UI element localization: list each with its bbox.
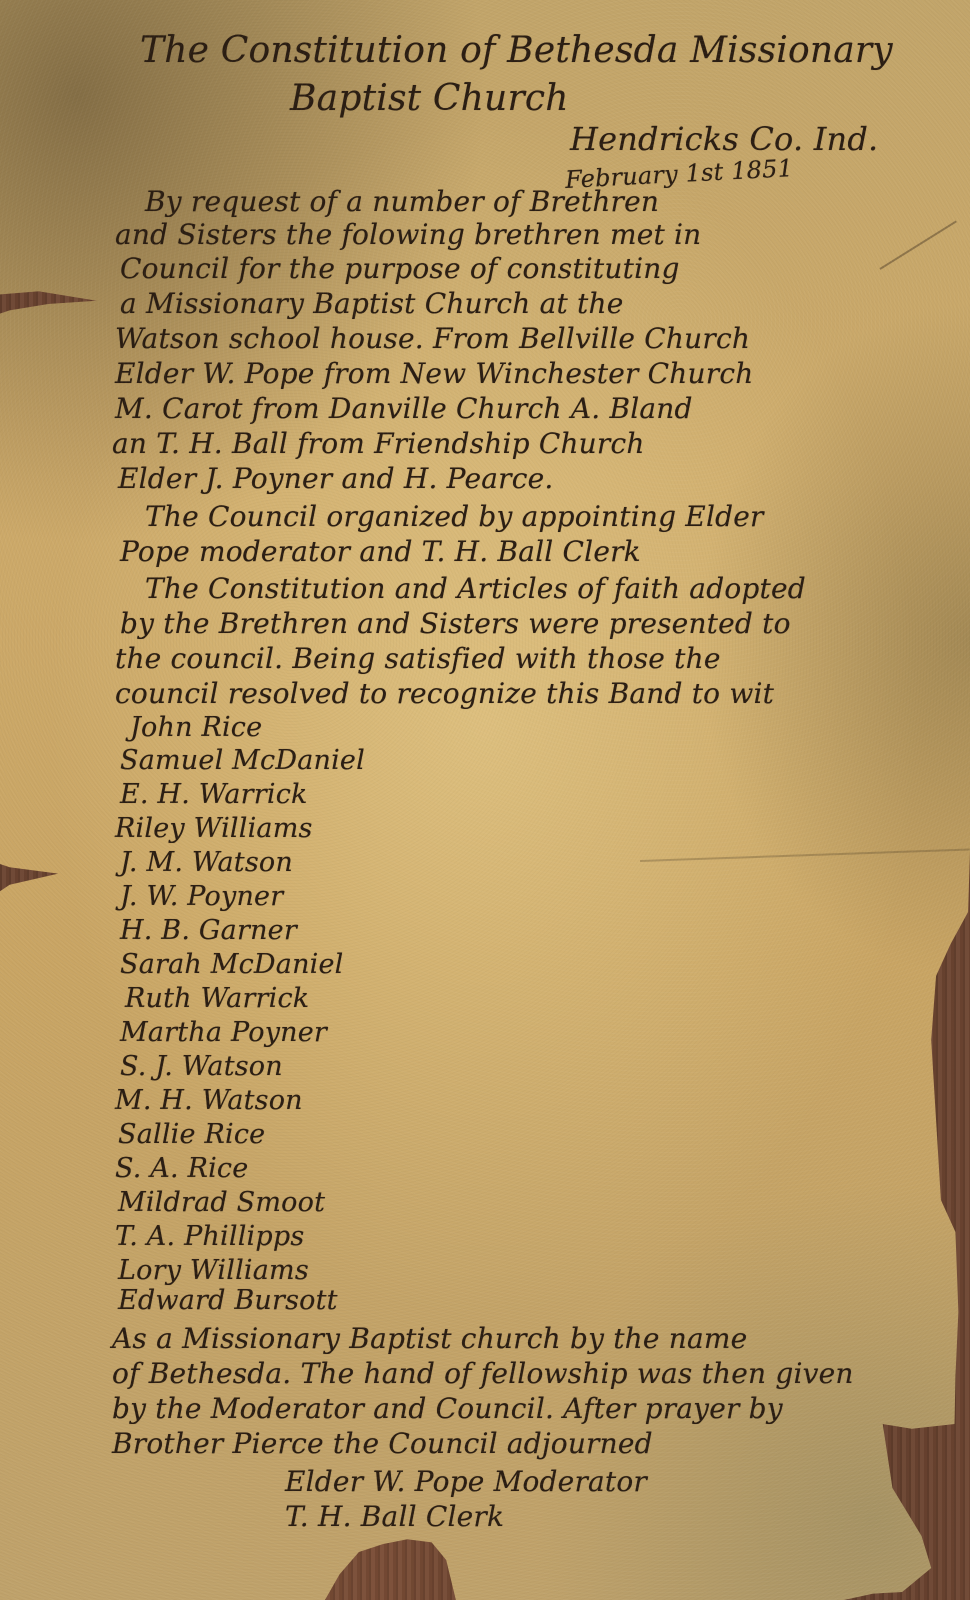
paragraph-1-line: Elder W. Pope from New Winchester Church: [115, 357, 753, 390]
document-title-line-1: The Constitution of Bethesda Missionary: [140, 30, 893, 71]
paragraph-1-line: Elder J. Poyner and H. Pearce.: [118, 462, 553, 495]
paragraph-3-line: by the Brethren and Sisters were present…: [120, 607, 791, 640]
member-name: Sallie Rice: [118, 1119, 265, 1150]
parchment-sheet: The Constitution of Bethesda Missionary …: [0, 0, 970, 1600]
member-name: S. A. Rice: [115, 1153, 248, 1184]
member-name: Riley Williams: [115, 813, 313, 844]
member-name: Edward Bursott: [118, 1285, 338, 1316]
member-name: John Rice: [130, 712, 262, 743]
member-name: Lory Williams: [118, 1255, 309, 1286]
paragraph-3-line: the council. Being satisfied with those …: [115, 642, 721, 675]
paragraph-2-line: Pope moderator and T. H. Ball Clerk: [120, 535, 641, 568]
paragraph-1-line: and Sisters the folowing brethren met in: [115, 218, 701, 251]
paragraph-3-line: The Constitution and Articles of faith a…: [145, 572, 806, 605]
paragraph-3-line: council resolved to recognize this Band …: [115, 677, 774, 710]
member-name: S. J. Watson: [120, 1051, 283, 1082]
paragraph-4-line: As a Missionary Baptist church by the na…: [112, 1322, 747, 1355]
paragraph-1-line: By request of a number of Brethren: [145, 185, 659, 218]
member-name: Samuel McDaniel: [120, 745, 365, 776]
member-name: Martha Poyner: [120, 1017, 327, 1048]
document-scan: The Constitution of Bethesda Missionary …: [0, 0, 970, 1600]
paragraph-2-line: The Council organized by appointing Elde…: [145, 500, 764, 533]
paragraph-1-line: Watson school house. From Bellville Chur…: [115, 322, 750, 355]
signature-moderator: Elder W. Pope Moderator: [285, 1465, 647, 1498]
paragraph-1-line: an T. H. Ball from Friendship Church: [112, 427, 645, 460]
member-name: M. H. Watson: [115, 1085, 303, 1116]
signature-clerk: T. H. Ball Clerk: [285, 1500, 504, 1533]
document-location: Hendricks Co. Ind.: [570, 120, 878, 158]
paragraph-4-line: of Bethesda. The hand of fellowship was …: [112, 1357, 854, 1390]
member-name: Sarah McDaniel: [120, 949, 344, 980]
member-name: T. A. Phillipps: [115, 1221, 304, 1252]
paragraph-1-line: a Missionary Baptist Church at the: [120, 287, 624, 320]
member-name: Ruth Warrick: [125, 983, 309, 1014]
member-name: Mildrad Smoot: [118, 1187, 325, 1218]
paper-crease: [879, 220, 956, 269]
member-name: H. B. Garner: [120, 915, 297, 946]
document-title-line-2: Baptist Church: [290, 78, 569, 119]
paragraph-4-line: Brother Pierce the Council adjourned: [112, 1427, 653, 1460]
member-name: J. W. Poyner: [120, 881, 283, 912]
paragraph-4-line: by the Moderator and Council. After pray…: [112, 1392, 783, 1425]
paper-crease: [640, 848, 970, 862]
member-name: J. M. Watson: [120, 847, 293, 878]
paragraph-1-line: M. Carot from Danville Church A. Bland: [115, 392, 693, 425]
paragraph-1-line: Council for the purpose of constituting: [120, 252, 680, 285]
member-name: E. H. Warrick: [120, 779, 308, 810]
